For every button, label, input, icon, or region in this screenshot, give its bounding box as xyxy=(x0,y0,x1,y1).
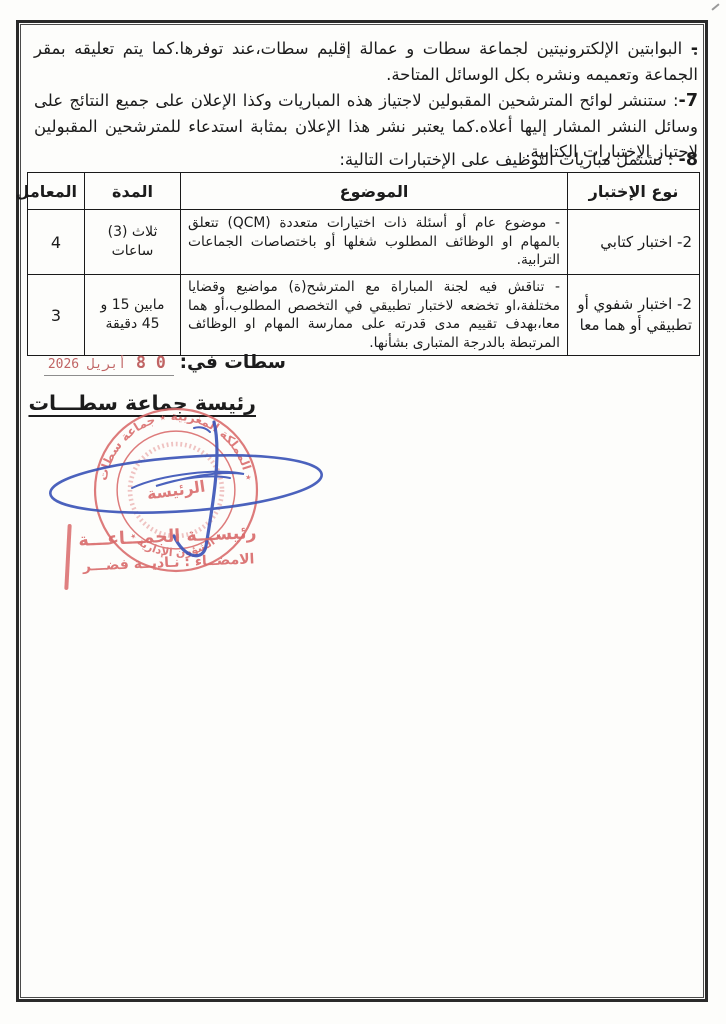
intro-bullet-text: البوابتين الإلكترونيتين لجماعة سطات و عم… xyxy=(34,39,698,84)
item-7-number: 7- xyxy=(679,91,698,111)
item-8-paragraph: 8- : تشتمل مباريات التوظيف على الإختبارا… xyxy=(34,147,698,173)
row1-subject: - موضوع عام أو أسئلة ذات اختيارات متعددة… xyxy=(181,210,568,275)
row2-duration: مابين 15 و 45 دقيقة xyxy=(85,275,181,356)
row2-subject: - تناقش فيه لجنة المباراة مع المترشح(ة) … xyxy=(181,275,568,356)
scanned-document-page: - البوابتين الإلكترونيتين لجماعة سطات و … xyxy=(0,0,726,1024)
header-exam-type: نوع الإختبار xyxy=(568,173,700,210)
header-subject: الموضوع xyxy=(181,173,568,210)
table-row: 2- اختبار كتابي - موضوع عام أو أسئلة ذات… xyxy=(28,210,700,275)
scan-artifact-corner-mark xyxy=(711,3,719,10)
office-stamp-text: رئيســـة الجمـــاعـــة الامضــاء : نـادي… xyxy=(69,523,267,576)
bullet-dash: - xyxy=(691,39,698,59)
row2-exam-type: 2- اختبار شفوي أو تطبيقي أو هما معا xyxy=(568,275,700,356)
date-day: 0 8 xyxy=(136,353,166,372)
intro-bullet-paragraph: - البوابتين الإلكترونيتين لجماعة سطات و … xyxy=(34,36,698,87)
item-8-text: : تشتمل مباريات التوظيف على الإختبارات ا… xyxy=(339,150,678,169)
header-duration: المدة xyxy=(85,173,181,210)
table-header-row: نوع الإختبار الموضوع المدة المعامل xyxy=(28,173,700,210)
exams-table: نوع الإختبار الموضوع المدة المعامل 2- اخ… xyxy=(27,172,700,356)
row2-coefficient: 3 xyxy=(28,275,85,356)
place-label: سطات في: xyxy=(180,352,286,373)
place-date-line: سطات في: 0 8 أبريل 2026 xyxy=(30,352,286,373)
scan-artifact-dot xyxy=(694,52,697,55)
date-stamp: 0 8 أبريل 2026 xyxy=(44,353,174,376)
header-coefficient: المعامل xyxy=(28,173,85,210)
row1-exam-type: 2- اختبار كتابي xyxy=(568,210,700,275)
row1-coefficient: 4 xyxy=(28,210,85,275)
date-month-year: أبريل 2026 xyxy=(48,357,126,372)
document-content: - البوابتين الإلكترونيتين لجماعة سطات و … xyxy=(0,0,726,1024)
item-8-number: 8- xyxy=(679,150,698,170)
row1-duration: ثلاث (3) ساعات xyxy=(85,210,181,275)
table-row: 2- اختبار شفوي أو تطبيقي أو هما معا - تن… xyxy=(28,275,700,356)
